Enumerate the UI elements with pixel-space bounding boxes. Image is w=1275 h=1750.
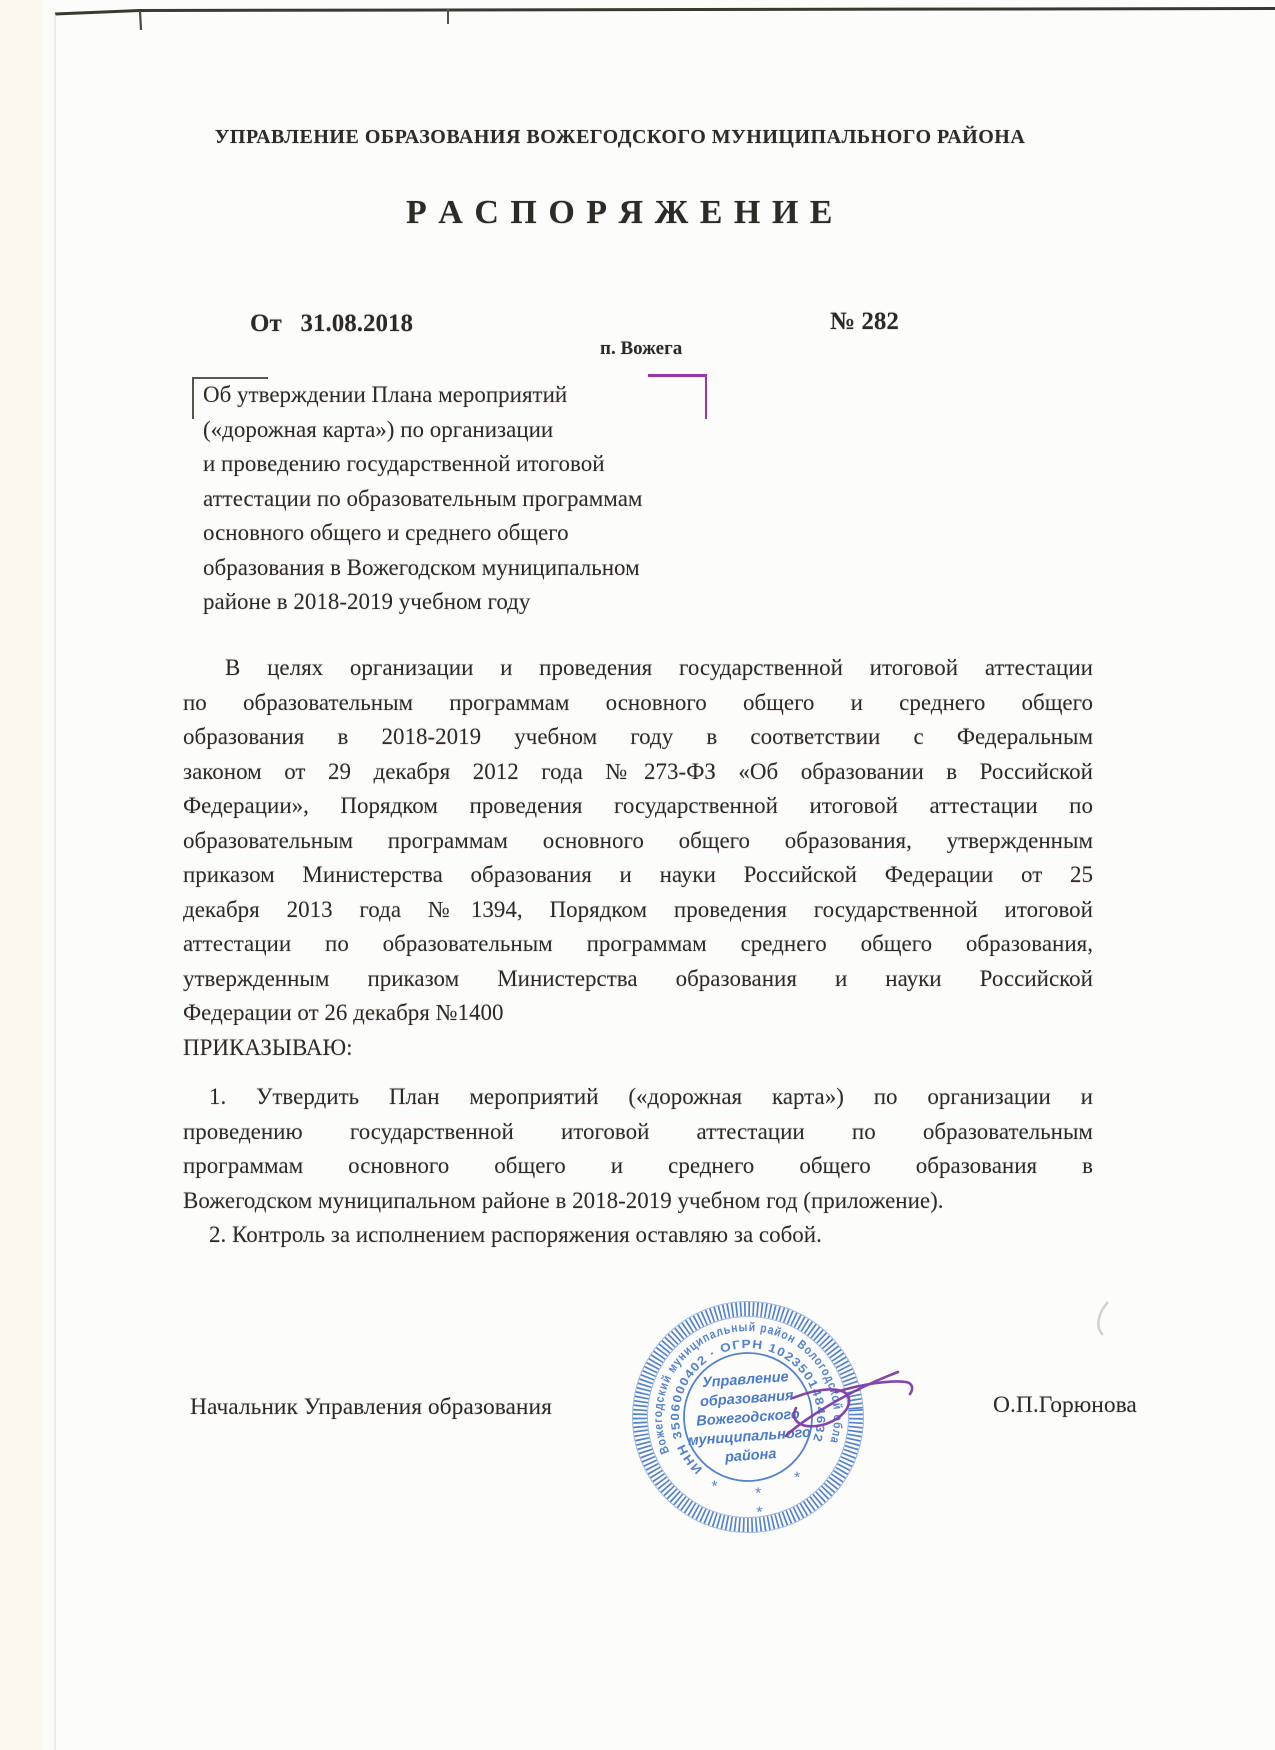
text-line: проведению государственной итоговой атте… [183, 1115, 1093, 1150]
text-line: Вожегодском муниципальном районе в 2018-… [183, 1184, 1093, 1219]
order-item-2: 2. Контроль за исполнением распоряжения … [183, 1218, 1093, 1253]
text-line: законом от 29 декабря 2012 года №273-ФЗ … [183, 755, 1093, 790]
order-item-1: 1. Утвердить План мероприятий («дорожная… [183, 1080, 1093, 1218]
text-line: основного общего и среднего общего [203, 516, 723, 551]
document-body: В целях организации и проведения государ… [183, 651, 1093, 1253]
signatory-name: О.П.Горюнова [993, 1392, 1137, 1419]
text-line: Федерации от 26 декабря №1400 [183, 996, 1093, 1031]
scan-left-strip [0, 0, 42, 1750]
text-line: образовательным программам основного общ… [183, 824, 1093, 859]
text-line: Об утверждении Плана мероприятий [203, 378, 723, 413]
stamp-asterisk: * [755, 1485, 762, 1502]
text-line: аттестации по образовательным программам… [183, 927, 1093, 962]
text-line: декабря 2013 года №1394, Порядком провед… [183, 893, 1093, 928]
text-line: образования в 2018-2019 учебном году в с… [183, 720, 1093, 755]
text-line: Федерации», Порядком проведения государс… [183, 789, 1093, 824]
text-line: приказом Министерства образования и наук… [183, 858, 1093, 893]
document-place: п. Вожега [600, 338, 682, 360]
scan-smudge [1098, 1302, 1108, 1335]
text-line: и проведению государственной итоговой [203, 447, 723, 482]
signatory-position: Начальник Управления образования [190, 1394, 552, 1421]
text-line: утвержденным приказом Министерства образ… [183, 962, 1093, 997]
organization-name: УПРАВЛЕНИЕ ОБРАЗОВАНИЯ ВОЖЕГОДСКОГО МУНИ… [150, 126, 1090, 149]
signature-stroke [793, 1389, 849, 1426]
scan-top-edge-line [55, 9, 1275, 15]
text-line: программам основного общего и среднего о… [183, 1149, 1093, 1184]
signature-stroke [836, 1381, 912, 1394]
text-line: В целях организации и проведения государ… [183, 651, 1093, 686]
handwritten-signature [740, 1350, 940, 1460]
stamp-asterisk: * [711, 1478, 718, 1495]
stamp-asterisk: * [756, 1504, 763, 1521]
document-type-title: Р А С П О Р Я Ж Е Н И Е [150, 194, 1090, 232]
text-line: («дорожная карта») по организации [203, 413, 723, 448]
stamp-asterisk: * [794, 1470, 801, 1487]
text-line: аттестации по образовательным программам [203, 482, 723, 517]
document-number: № 282 [830, 308, 899, 336]
text-line: районе в 2018-2019 учебном году [203, 585, 723, 620]
scan-top-tick-left [140, 11, 141, 30]
scanned-document-page: УПРАВЛЕНИЕ ОБРАЗОВАНИЯ ВОЖЕГОДСКОГО МУНИ… [0, 0, 1275, 1750]
text-line: 1. Утвердить План мероприятий («дорожная… [183, 1080, 1093, 1115]
text-line: образования в Вожегодском муниципальном [203, 551, 723, 586]
document-date: От 31.08.2018 [250, 310, 413, 338]
resolution-word: ПРИКАЗЫВАЮ: [183, 1031, 1093, 1066]
subject-block: Об утверждении Плана мероприятий(«дорожн… [203, 378, 723, 620]
text-line: по образовательным программам основного … [183, 686, 1093, 721]
preamble-paragraph: В целях организации и проведения государ… [183, 651, 1093, 1031]
